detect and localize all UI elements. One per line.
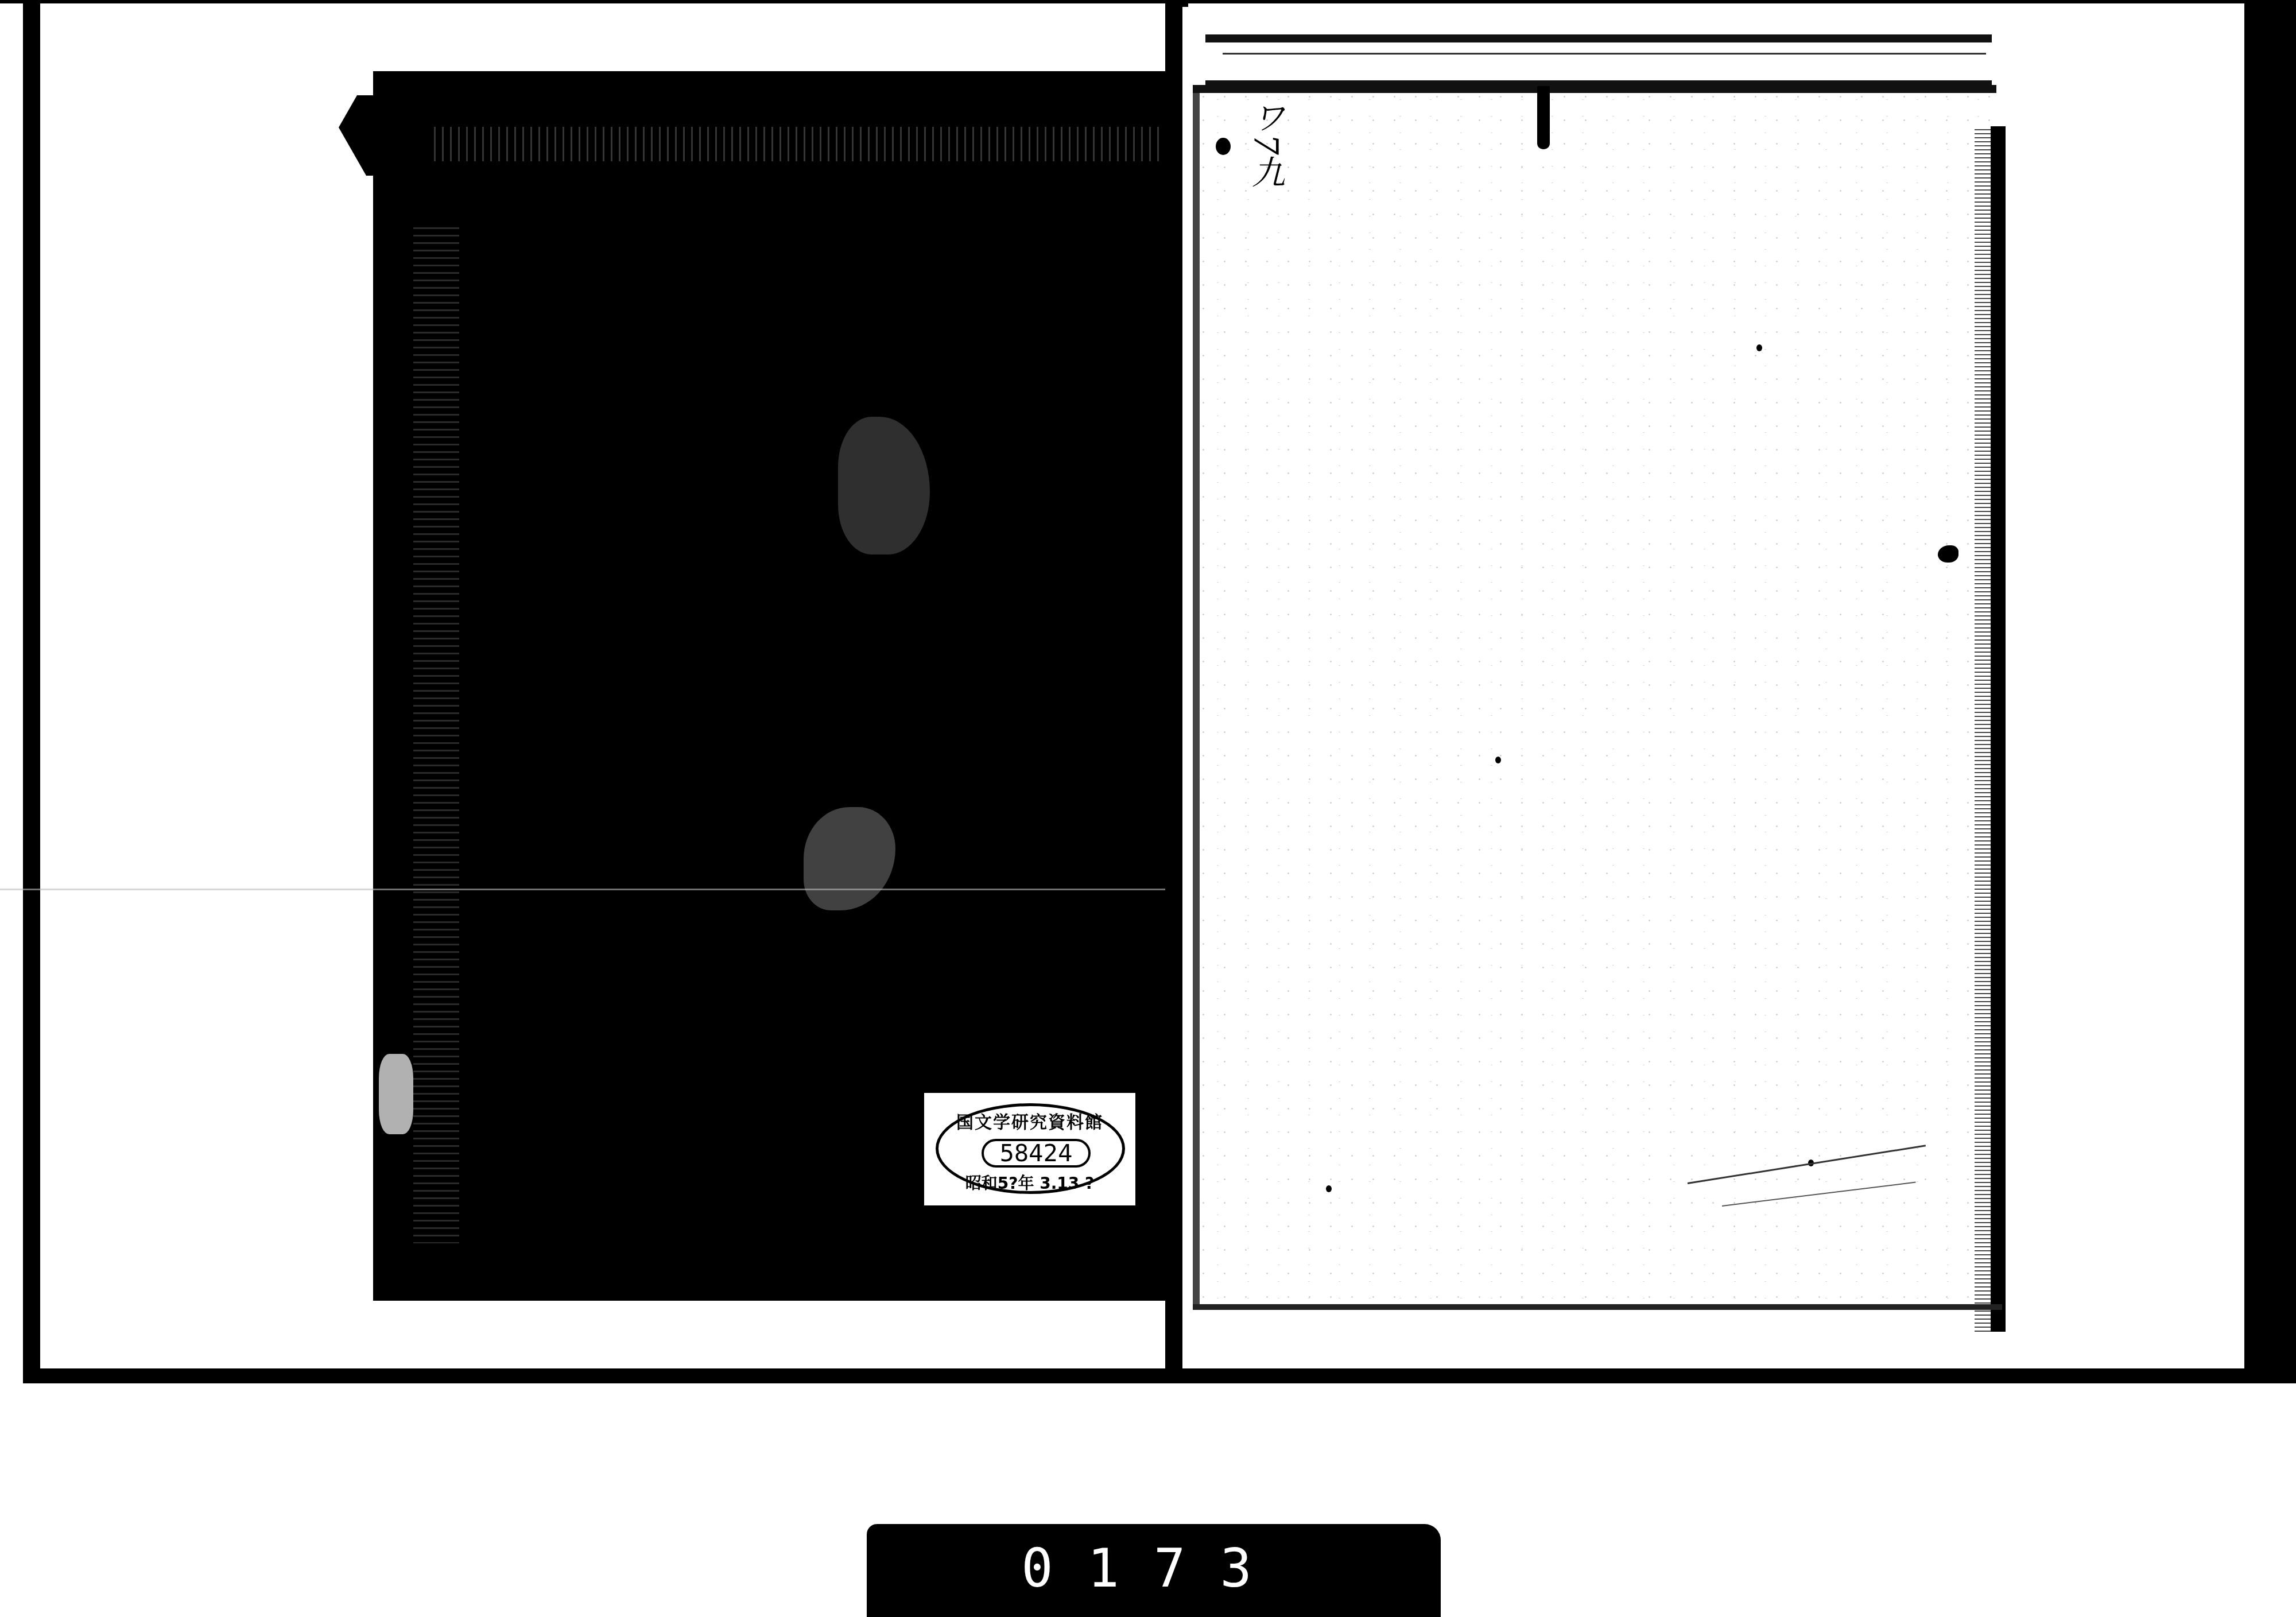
endpaper-right-edge [1991, 126, 2006, 1332]
left-page: 国文学研究資料館 58424 昭和5?年 3.13 ? [40, 3, 1165, 1370]
cover-wear-patch [379, 1054, 413, 1134]
library-stamp: 国文学研究資料館 58424 昭和5?年 3.13 ? [924, 1093, 1135, 1205]
film-border-right [2244, 0, 2296, 1383]
ink-blot [1216, 138, 1231, 155]
ink-dot [1326, 1185, 1332, 1192]
paper-speckle [1193, 85, 1996, 1308]
endpaper-bottom-edge [1193, 1304, 2002, 1310]
cover-spine [413, 222, 459, 1243]
tab-mark [1537, 86, 1550, 149]
frame-counter: 0173 [867, 1538, 1441, 1599]
ink-dot [1756, 344, 1762, 351]
stamp-date: 昭和5?年 3.13 ? [924, 1171, 1135, 1194]
endpaper [1193, 85, 1996, 1308]
film-border-left [23, 0, 40, 1383]
ink-blot [1938, 545, 1958, 563]
book-block-top-edge [1205, 34, 1992, 86]
cover-worn-edge [430, 127, 1200, 161]
film-fold-line [0, 889, 1171, 890]
handwritten-shelf-mark: ワ7九 [1246, 100, 1286, 188]
fore-edge [1975, 126, 1991, 1332]
stamp-institution: 国文学研究資料館 [924, 1108, 1135, 1133]
stamp-accession-number: 58424 [982, 1139, 1091, 1168]
ink-dot [1495, 757, 1501, 763]
frame-counter-plate: 0173 [867, 1524, 1441, 1617]
film-border-bottom [34, 1368, 2296, 1383]
